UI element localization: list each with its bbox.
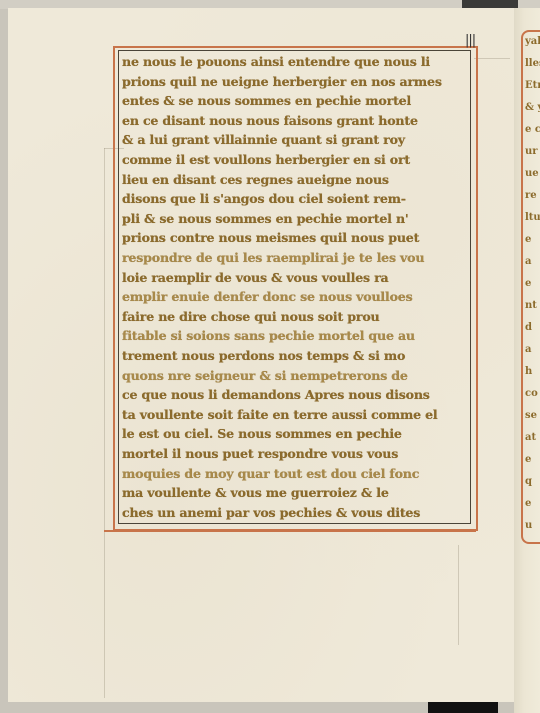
facing-text-fragment: h [525,366,540,378]
text-line: prions contre nous meismes quil nous pue… [122,231,468,252]
facing-text-fragment: e [525,454,540,466]
facing-text-fragment: & y [525,102,540,114]
margin-marks: ||| [465,33,475,48]
text-line: pli & se nous sommes en pechie mortel n' [122,211,468,232]
facing-text-fragment: co [525,388,540,400]
facing-text-fragment: e [525,498,540,510]
ruling-line-right [458,545,459,645]
facing-text-fragment: e [525,278,540,290]
facing-text-fragment: e [525,234,540,246]
text-line: trement nous perdons nos temps & si mo [122,349,468,370]
text-line: comme il est voullons herbergier en si o… [122,153,468,174]
facing-text-fragment: re [525,190,540,202]
text-line: ma voullente & vous me guerroiez & le [122,486,468,507]
text-line: en ce disant nous nous faisons grant hon… [122,113,468,134]
facing-text-fragment: se [525,410,540,422]
facing-text-fragment: Etre [525,80,540,92]
text-line: disons que li s'angos dou ciel soient re… [122,192,468,213]
facing-text-fragment: ltu [525,212,540,224]
facing-text-fragment: ue [525,168,540,180]
facing-text-fragment: lles [525,58,540,70]
ruling-line-left [104,148,105,698]
text-line: ches un anemi par vos pechies & vous dit… [122,505,468,526]
facing-text-fragment: nt [525,300,540,312]
text-column: ne nous le pouons ainsi entendre que nou… [122,54,468,524]
text-line: quons nre seigneur & si nempetrerons de [122,368,468,389]
text-line: ce que nous li demandons Apres nous diso… [122,388,468,409]
facing-text-fragment: ur [525,146,540,158]
facing-text-fragment: d [525,322,540,334]
facing-text-fragment: q [525,476,540,488]
text-line: prions quil ne ueigne herbergier en nos … [122,74,468,95]
text-line: loie raemplir de vous & vous voulles ra [122,270,468,291]
facing-text-fragment: e ce [525,124,540,136]
bottom-red-rule [104,530,476,532]
facing-text-fragment: a [525,344,540,356]
facing-text-fragment: yal [525,36,540,48]
text-line: mortel il nous puet respondre vous vous [122,447,468,468]
text-line: ta voullente soit faite en terre aussi c… [122,407,468,428]
text-line: lieu en disant ces regnes aueigne nous [122,172,468,193]
text-line: faire ne dire chose qui nous soit prou [122,309,468,330]
text-line: emplir enuie denfer donc se nous voulloe… [122,290,468,311]
background-dark-patch [462,0,518,8]
text-line: le est ou ciel. Se nous sommes en pechie [122,427,468,448]
ruling-line-top-right [474,58,510,59]
text-line: fitable si soions sans pechie mortel que… [122,329,468,350]
text-line: respondre de qui les raemplirai je te le… [122,251,468,272]
text-line: & a lui grant villainnie quant si grant … [122,133,468,154]
background-dark-patch-bottom [428,702,498,713]
text-line: ne nous le pouons ainsi entendre que nou… [122,55,468,76]
facing-text-fragment: at [525,432,540,444]
facing-text-fragment: u [525,520,540,532]
text-line: entes & se nous sommes en pechie mortel [122,94,468,115]
facing-text-fragment: a [525,256,540,268]
text-line: moquies de moy quar tout est dou ciel fo… [122,466,468,487]
